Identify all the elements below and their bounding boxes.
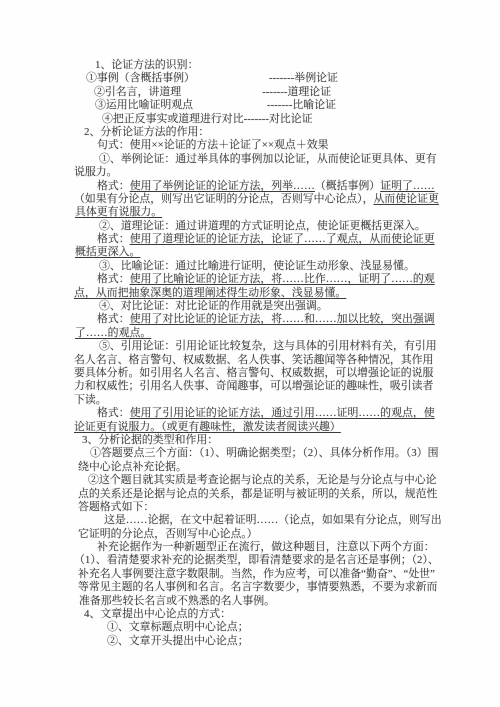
text-segment: ②这个题目就其实质是考查论据与论点的关系，无论是与分论点与中心论: [88, 474, 437, 486]
text-segment: ①、举例论证：通过举具体的事例加以论证，从而使论证更具体、更有: [99, 153, 437, 165]
text-segment: 名人名言、格言警句、权威数据、名人佚事、笑话趣闻等各种情况，其作用: [74, 354, 433, 366]
text-line: ③运用比喻证明观点-------比喻论证: [74, 99, 474, 112]
text-segment: ②引名言，讲道理: [94, 86, 181, 98]
text-line: 4、文章提出中心论点的方式：: [74, 608, 474, 621]
text-segment: -------比喻论证: [267, 99, 336, 111]
text-line: 格式：使用了举例论证的论证方法，列举……（概括事例）证明了……: [74, 180, 474, 193]
underlined-text-segment: 具体更有说服力。: [75, 206, 162, 218]
text-segment: 补充论据作为一种新题型正在流行，做这种题目，注意以下两个方面：: [97, 541, 435, 553]
text-segment: ⑤、引用论证：引用论证比较复杂，这与具体的引用材料有关，有引用: [99, 340, 437, 352]
text-segment: 绕中心论点补充论据。: [78, 461, 187, 473]
text-segment: 下读。: [74, 394, 107, 406]
text-segment: -------举例论证: [269, 72, 338, 84]
text-segment: 准备那些较长名言或不熟悉的名人事例。: [79, 595, 275, 607]
text-segment: 它证明的分论点，否则写中心论点。）: [78, 528, 258, 540]
text-segment: -------道理论证: [262, 86, 331, 98]
text-line: 说服力。: [74, 166, 474, 179]
text-line: 下读。: [74, 394, 474, 407]
text-line: 力和权威性；引用名人佚事、奇闻趣事，可以增强论证的趣味性，吸引读者: [74, 380, 474, 393]
text-segment: ①答题要点三个方面：（1）、明确论据类型；（2）、具体分析作用。（3）围: [90, 447, 438, 459]
underlined-text-segment: 了……的观点。: [75, 327, 151, 339]
text-line: ⑤、引用论证：引用论证比较复杂，这与具体的引用材料有关，有引用: [74, 340, 474, 353]
text-line: 论证更有说服力。（或更有趣味性，激发读者阅读兴趣）: [74, 421, 474, 434]
text-line: 3、分析论据的类型和作用：: [74, 434, 474, 447]
text-segment: ②、文章开头提出中心论点；: [107, 635, 249, 647]
text-line: ④、对比论证：对比论证的作用就是突出强调。: [74, 300, 474, 313]
text-segment: 1、论证方法的识别：: [95, 59, 198, 71]
text-segment: 4、文章提出中心论点的方式：: [84, 608, 231, 620]
text-line: 补充论据作为一种新题型正在流行，做这种题目，注意以下两个方面：: [74, 541, 474, 554]
text-line: 具体更有说服力。: [74, 206, 474, 219]
text-segment: 格式：: [97, 273, 130, 285]
text-segment: 这是……论据，在文中起着证明……（论点，如如果有分论点，则写出: [104, 514, 442, 526]
underlined-text-segment: 概括更深入。: [75, 246, 140, 258]
text-segment: ④把正反事实或道理进行对比-------对比论证: [102, 113, 313, 125]
text-segment: 2、分析论证方法的作用：: [84, 126, 209, 138]
text-line: 要具体分析。如引用名人名言、格言警句、权威数据，可以增强论证的说服: [74, 367, 474, 380]
text-line: 这是……论据，在文中起着证明……（论点，如如果有分论点，则写出: [74, 514, 474, 527]
underlined-text-segment: 使用了引用论证的论证方法，通过引用……证明……的观点，使: [130, 407, 435, 419]
underlined-text-segment: 使用了对比论证的论证方法，将……和……加以比较，突出强调: [130, 313, 435, 325]
text-segment: 要具体分析。如引用名人名言、格言警句、权威数据，可以增强论证的说服: [74, 367, 433, 379]
underlined-text-segment: 点，从而把抽象深奥的道理阐述得生动形象、浅显易懂。: [74, 287, 346, 299]
text-segment: ①事例（含概括事例）: [86, 72, 195, 84]
text-segment: 答题格式如下：: [78, 501, 154, 513]
text-line: 名人名言、格言警句、权威数据、名人佚事、笑话趣闻等各种情况，其作用: [74, 354, 474, 367]
text-line: ①答题要点三个方面：（1）、明确论据类型；（2）、具体分析作用。（3）围: [74, 447, 474, 460]
text-segment: 格式：: [97, 180, 130, 192]
text-segment: 力和权威性；引用名人佚事、奇闻趣事，可以增强论证的趣味性，吸引读者: [74, 380, 433, 392]
text-line: 句式：使用××论证的方法＋论证了××观点＋效果: [74, 139, 474, 152]
text-segment: 句式：使用××论证的方法＋论证了××观点＋效果: [97, 139, 329, 151]
text-line: 答题格式如下：: [74, 501, 474, 514]
text-line: 2、分析论证方法的作用：: [74, 126, 474, 139]
text-line: 格式：使用了引用论证的论证方法，通过引用……证明……的观点，使: [74, 407, 474, 420]
text-line: ②、道理论证：通过讲道理的方式证明论点，使论证更概括更深入。: [74, 220, 474, 233]
text-line: 点的关系还是论据与论点的关系，都是证明与被证明的关系，所以，规范性: [74, 488, 474, 501]
text-segment: 点的关系还是论据与论点的关系，都是证明与被证明的关系，所以，规范性: [78, 488, 437, 500]
text-line: ②、文章开头提出中心论点；: [74, 635, 474, 648]
text-line: ①事例（含概括事例）-------举例论证: [74, 72, 474, 85]
text-line: 点，从而把抽象深奥的道理阐述得生动形象、浅显易懂。: [74, 287, 474, 300]
underlined-text-segment: 论证更有说服力。（或更有趣味性，激发读者阅读兴趣）: [74, 421, 341, 433]
text-line: 绕中心论点补充论据。: [74, 461, 474, 474]
text-segment: ③运用比喻证明观点: [95, 99, 193, 111]
text-segment: （如果有分论点，则写出它证明的分论点，否则写中心论点），: [74, 193, 374, 205]
text-line: 格式：使用了道理论证的论证方法，论证了……了观点，从而使论证更: [74, 233, 474, 246]
text-line: （1）、看清楚要求补充的论据类型，即看清楚要求的是名言还是事例；（2）、: [74, 554, 474, 567]
document-body: 1、论证方法的识别：①事例（含概括事例）-------举例论证②引名言，讲道理-…: [74, 59, 474, 648]
text-line: 格式：使用了对比论证的论证方法，将……和……加以比较，突出强调: [74, 313, 474, 326]
text-line: ②引名言，讲道理-------道理论证: [74, 86, 474, 99]
text-segment: ④、对比论证：对比论证的作用就是突出强调。: [99, 300, 328, 312]
text-line: ①、举例论证：通过举具体的事例加以论证，从而使论证更具体、更有: [74, 153, 474, 166]
text-segment: ③、比喻论证：通过比喻进行证明，使论证生动形象、浅显易懂。: [99, 260, 415, 272]
text-line: 准备那些较长名言或不熟悉的名人事例。: [74, 595, 474, 608]
text-segment: 格式：: [97, 313, 130, 325]
text-segment: 等常见主题的名人事例和名言。名言字数要少，事情要熟悉，不要为求新而: [78, 581, 437, 593]
text-segment: （1）、看清楚要求补充的论据类型，即看清楚要求的是名言还是事例；（2）、: [74, 554, 439, 566]
text-line: ④把正反事实或道理进行对比-------对比论证: [74, 113, 474, 126]
underlined-text-segment: 证明了……: [380, 180, 434, 192]
text-segment: ①、文章标题点明中心论点；: [107, 621, 249, 633]
text-line: 格式：使用了比喻论证的论证方法，将……比作……，证明了……的观: [74, 273, 474, 286]
text-segment: 3、分析论据的类型和作用：: [82, 434, 218, 446]
text-line: 概括更深入。: [74, 246, 474, 259]
text-line: ①、文章标题点明中心论点；: [74, 621, 474, 634]
text-segment: 补充名人事例要注意字数限制。当然，作为应考，可以准备“勤奋”、“处世”: [78, 568, 435, 580]
text-line: 补充名人事例要注意字数限制。当然，作为应考，可以准备“勤奋”、“处世”: [74, 568, 474, 581]
underlined-text-segment: 使用了比喻论证的论证方法，将……比作……，证明了……的观: [130, 273, 435, 285]
text-segment: （概括事例）: [315, 180, 380, 192]
text-line: ③、比喻论证：通过比喻进行证明，使论证生动形象、浅显易懂。: [74, 260, 474, 273]
underlined-text-segment: 使用了举例论证的论证方法，列举……: [130, 180, 315, 192]
underlined-text-segment: 使用了道理论证的论证方法，论证了……了观点，从而使论证更: [130, 233, 435, 245]
text-line: 1、论证方法的识别：: [74, 59, 474, 72]
text-line: ②这个题目就其实质是考查论据与论点的关系，无论是与分论点与中心论: [74, 474, 474, 487]
underlined-text-segment: 从而使论证更: [374, 193, 439, 205]
text-segment: ②、道理论证：通过讲道理的方式证明论点，使论证更概括更深入。: [99, 220, 426, 232]
text-segment: 格式：: [97, 233, 130, 245]
text-line: 等常见主题的名人事例和名言。名言字数要少，事情要熟悉，不要为求新而: [74, 581, 474, 594]
text-segment: 格式：: [97, 407, 130, 419]
text-line: 了……的观点。: [74, 327, 474, 340]
text-segment: 说服力。: [74, 166, 118, 178]
text-line: （如果有分论点，则写出它证明的分论点，否则写中心论点），从而使论证更: [74, 193, 474, 206]
text-line: 它证明的分论点，否则写中心论点。）: [74, 528, 474, 541]
document-page: 1、论证方法的识别：①事例（含概括事例）-------举例论证②引名言，讲道理-…: [0, 0, 500, 707]
